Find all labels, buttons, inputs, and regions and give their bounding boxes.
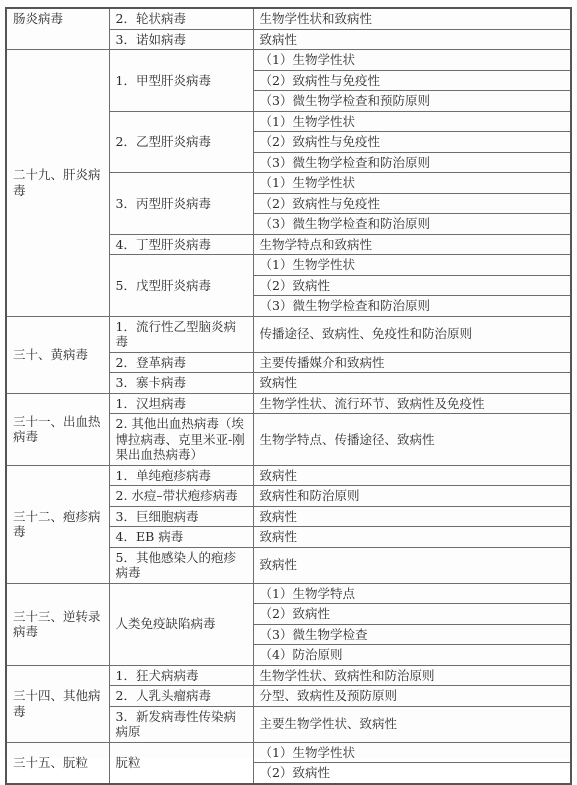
virus-name-cell: 2. 其他出血热病毒（埃博拉病毒、克里米亚-刚果出血热病毒） xyxy=(109,414,253,466)
topic-cell: （3）微生物学检查和预防原则 xyxy=(253,91,571,112)
virus-name-cell: 3．新发病毒性传染病病原 xyxy=(109,706,253,742)
virus-name-cell: 3．巨细胞病毒 xyxy=(109,506,253,527)
virus-name-cell: 1．甲型肝炎病毒 xyxy=(109,50,253,112)
topic-cell: 致病性 xyxy=(253,373,571,394)
topic-cell: （1）生物学性状 xyxy=(253,173,571,194)
topic-cell: 生物学性状和致病性 xyxy=(253,8,571,29)
virus-name-cell: 4．EB 病毒 xyxy=(109,527,253,548)
topic-cell: 主要生物学性状、致病性 xyxy=(253,706,571,742)
virus-name-cell: 4．丁型肝炎病毒 xyxy=(109,234,253,255)
topic-cell: 生物学性状、致病性和防治原则 xyxy=(253,665,571,686)
category-cell: 三十三、逆转录病毒 xyxy=(6,583,109,665)
virus-name-cell: 2．乙型肝炎病毒 xyxy=(109,111,253,173)
table-row: 三十、黄病毒1．流行性乙型脑炎病毒传播途径、致病性、免疫性和防治原则 xyxy=(6,316,571,352)
virus-name-cell: 2. 水痘–带状疱疹病毒 xyxy=(109,486,253,507)
table-row: 三十四、其他病毒1．狂犬病病毒生物学性状、致病性和防治原则 xyxy=(6,665,571,686)
topic-cell: （2）致病性 xyxy=(253,275,571,296)
virus-name-cell: 3．寨卡病毒 xyxy=(109,373,253,394)
virus-name-cell: 5．戊型肝炎病毒 xyxy=(109,255,253,317)
virus-name-cell: 朊粒 xyxy=(109,742,253,784)
topic-cell: （4）防治原则 xyxy=(253,645,571,666)
virus-name-cell: 1．汉坦病毒 xyxy=(109,393,253,414)
virus-name-cell: 3．诺如病毒 xyxy=(109,29,253,50)
category-cell: 肠炎病毒 xyxy=(6,8,109,50)
topic-cell: （1）生物学性状 xyxy=(253,255,571,276)
topic-cell: （3）微生物学检查和防治原则 xyxy=(253,296,571,317)
table-row: 肠炎病毒2．轮状病毒生物学性状和致病性 xyxy=(6,8,571,29)
virus-name-cell: 5．其他感染人的疱疹病毒 xyxy=(109,547,253,583)
topic-cell: 致病性 xyxy=(253,506,571,527)
topic-cell: 致病性 xyxy=(253,465,571,486)
table-row: 三十二、疱疹病毒1．单纯疱疹病毒致病性 xyxy=(6,465,571,486)
table-row: 二十九、肝炎病毒1．甲型肝炎病毒（1）生物学性状 xyxy=(6,50,571,71)
topic-cell: 分型、致病性及预防原则 xyxy=(253,686,571,707)
virus-name-cell: 2．人乳头瘤病毒 xyxy=(109,686,253,707)
topic-cell: 生物学性状、流行环节、致病性及免疫性 xyxy=(253,393,571,414)
topic-cell: 致病性 xyxy=(253,29,571,50)
topic-cell: （3）微生物学检查和防治原则 xyxy=(253,152,571,173)
virus-name-cell: 2．轮状病毒 xyxy=(109,8,253,29)
topic-cell: 致病性和防治原则 xyxy=(253,486,571,507)
virus-name-cell: 3．丙型肝炎病毒 xyxy=(109,173,253,235)
topic-cell: （2）致病性与免疫性 xyxy=(253,132,571,153)
topic-cell: 致病性 xyxy=(253,547,571,583)
category-cell: 三十一、出血热病毒 xyxy=(6,393,109,465)
category-cell: 三十、黄病毒 xyxy=(6,316,109,393)
topic-cell: （2）致病性与免疫性 xyxy=(253,70,571,91)
category-cell: 三十五、朊粒 xyxy=(6,742,109,784)
topic-cell: （2）致病性与免疫性 xyxy=(253,193,571,214)
topic-cell: （2）致病性 xyxy=(253,763,571,784)
topic-cell: 致病性 xyxy=(253,527,571,548)
topic-cell: 传播途径、致病性、免疫性和防治原则 xyxy=(253,316,571,352)
virus-name-cell: 2．登革病毒 xyxy=(109,352,253,373)
topic-cell: 生物学特点和致病性 xyxy=(253,234,571,255)
category-cell: 二十九、肝炎病毒 xyxy=(6,50,109,317)
topic-cell: （1）生物学性状 xyxy=(253,111,571,132)
virus-name-cell: 1．狂犬病病毒 xyxy=(109,665,253,686)
topic-cell: （1）生物学性状 xyxy=(253,742,571,763)
table-body: 肠炎病毒2．轮状病毒生物学性状和致病性3．诺如病毒致病性二十九、肝炎病毒1．甲型… xyxy=(6,8,571,784)
topic-cell: （1）生物学特点 xyxy=(253,583,571,604)
topic-cell: （2）致病性 xyxy=(253,604,571,625)
table-row: 三十一、出血热病毒1．汉坦病毒生物学性状、流行环节、致病性及免疫性 xyxy=(6,393,571,414)
virology-exam-outline-table: 肠炎病毒2．轮状病毒生物学性状和致病性3．诺如病毒致病性二十九、肝炎病毒1．甲型… xyxy=(5,7,572,785)
virus-name-cell: 人类免疫缺陷病毒 xyxy=(109,583,253,665)
topic-cell: （3）微生物学检查 xyxy=(253,624,571,645)
topic-cell: （1）生物学性状 xyxy=(253,50,571,71)
virus-name-cell: 1．单纯疱疹病毒 xyxy=(109,465,253,486)
topic-cell: （3）微生物学检查和防治原则 xyxy=(253,214,571,235)
table-row: 三十五、朊粒朊粒（1）生物学性状 xyxy=(6,742,571,763)
table-row: 三十三、逆转录病毒人类免疫缺陷病毒（1）生物学特点 xyxy=(6,583,571,604)
category-cell: 三十二、疱疹病毒 xyxy=(6,465,109,583)
topic-cell: 主要传播媒介和致病性 xyxy=(253,352,571,373)
virus-name-cell: 1．流行性乙型脑炎病毒 xyxy=(109,316,253,352)
topic-cell: 生物学特点、传播途径、致病性 xyxy=(253,414,571,466)
category-cell: 三十四、其他病毒 xyxy=(6,665,109,742)
